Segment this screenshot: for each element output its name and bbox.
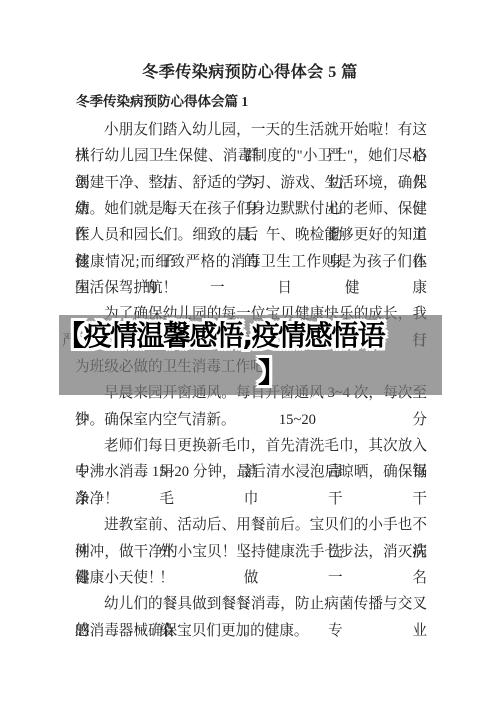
document-page: 冬季传染病预防心得体会 5 篇 冬季传染病预防心得体会篇 1 小朋友们踏入幼儿园…: [0, 0, 500, 706]
body-line: 作人员和园长们。细致的晨、午、晚检能够更好的知道孩子的身体: [75, 222, 427, 248]
body-line: 冲冲，做干净的小宝贝！坚持健康洗手七步法，消灭病毒！做一名: [75, 539, 427, 565]
body-line: 健康情况;而细致严格的消毒卫生工作则是为孩子们在园的一日健康: [75, 249, 427, 275]
body-line: 中沸水消毒 15~20 分钟，最后清水浸泡后晾晒，确保每条毛巾干干: [75, 459, 427, 485]
body-line: 老师们每日更换新毛巾，首先清洗毛巾，其次放入专用消毒锅: [75, 433, 427, 459]
body-line: 小朋友们踏入幼儿园，一天的生活就开始啦！有这样一群严格: [75, 117, 427, 143]
body-line: 创建干净、整洁、舒适的学习、游戏、生活环境，确保幼儿身心健: [75, 170, 427, 196]
body-line: 进教室前、活动后、用餐前后。宝贝们的小手也不例外。洗洗: [75, 512, 427, 538]
watermark-text-line1: 【疫情温馨感悟,疫情感悟语: [57, 314, 384, 354]
section-heading: 冬季传染病预防心得体会篇 1: [76, 90, 248, 110]
document-title: 冬季传染病预防心得体会 5 篇: [0, 59, 500, 82]
body-line: 执行幼儿园卫生保健、消毒制度的"小卫士"，她们尽心竭力为幼儿: [75, 143, 427, 169]
body-line: 幼儿们的餐具做到餐餐消毒，防止病菌传播与交叉感染。专业: [75, 591, 427, 617]
body-line: 康。她们就是每天在孩子们身边默默付出的老师、保健医、后勤工: [75, 196, 427, 222]
watermark-text-line2: 】: [258, 351, 286, 391]
